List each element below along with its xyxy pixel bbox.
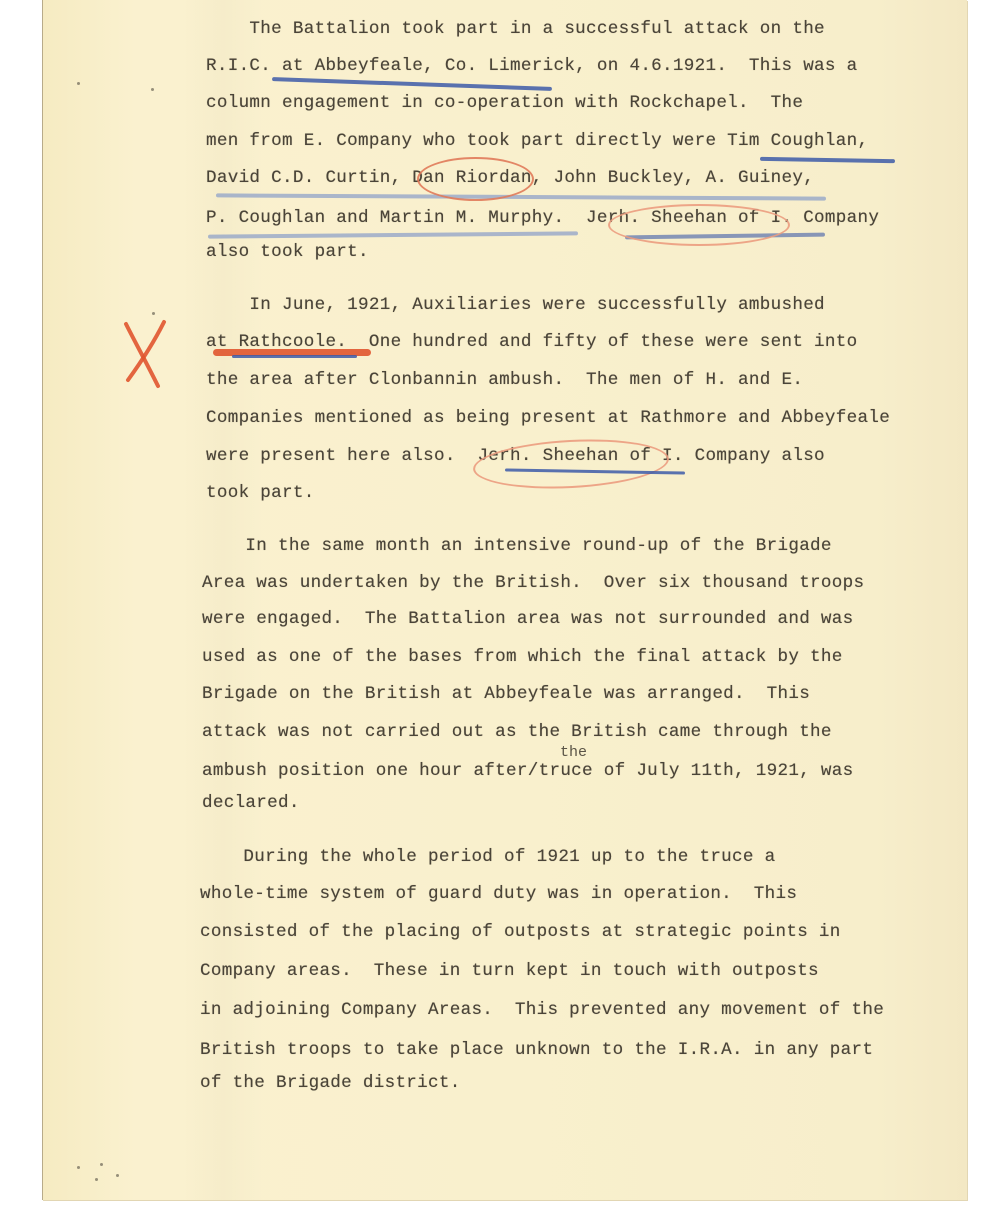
paper-speck bbox=[116, 1174, 119, 1177]
text-line: were engaged. The Battalion area was not… bbox=[202, 609, 853, 629]
text-line: whole-time system of guard duty was in o… bbox=[200, 884, 797, 904]
text-line: men from E. Company who took part direct… bbox=[206, 131, 868, 151]
text-line: took part. bbox=[206, 483, 315, 503]
text-line: in adjoining Company Areas. This prevent… bbox=[200, 1000, 884, 1020]
red-circle bbox=[417, 157, 534, 201]
text-line: British troops to take place unknown to … bbox=[200, 1040, 873, 1060]
text-line: ambush position one hour after/truce of … bbox=[202, 761, 853, 781]
text-line: In June, 1921, Auxiliaries were successf… bbox=[206, 295, 825, 315]
text-line: attack was not carried out as the Britis… bbox=[202, 722, 832, 742]
blue-underline bbox=[232, 355, 357, 358]
text-line: Brigade on the British at Abbeyfeale was… bbox=[202, 684, 810, 704]
paper-speck bbox=[152, 312, 155, 315]
paper-speck bbox=[77, 1166, 80, 1169]
text-line: Companies mentioned as being present at … bbox=[206, 408, 890, 428]
paper-speck bbox=[100, 1163, 103, 1166]
text-line: Area was undertaken by the British. Over… bbox=[202, 573, 864, 593]
text-line: of the Brigade district. bbox=[200, 1073, 461, 1093]
text-line: In the same month an intensive round-up … bbox=[202, 536, 832, 556]
text-line: column engagement in co-operation with R… bbox=[206, 93, 803, 113]
text-line: also took part. bbox=[206, 242, 369, 262]
text-line: Company areas. These in turn kept in tou… bbox=[200, 961, 819, 981]
text-line: declared. bbox=[202, 793, 300, 813]
paper-speck bbox=[95, 1178, 98, 1181]
paper-speck bbox=[77, 82, 80, 85]
text-line: used as one of the bases from which the … bbox=[202, 647, 843, 667]
paper-speck bbox=[151, 88, 154, 91]
handwritten-insertion: the bbox=[560, 744, 587, 761]
text-line: The Battalion took part in a successful … bbox=[206, 19, 825, 39]
text-line: the area after Clonbannin ambush. The me… bbox=[206, 370, 803, 390]
text-line: R.I.C. at Abbeyfeale, Co. Limerick, on 4… bbox=[206, 56, 857, 76]
text-line: During the whole period of 1921 up to th… bbox=[200, 847, 775, 867]
text-line: consisted of the placing of outposts at … bbox=[200, 922, 841, 942]
red-circle bbox=[608, 204, 790, 246]
